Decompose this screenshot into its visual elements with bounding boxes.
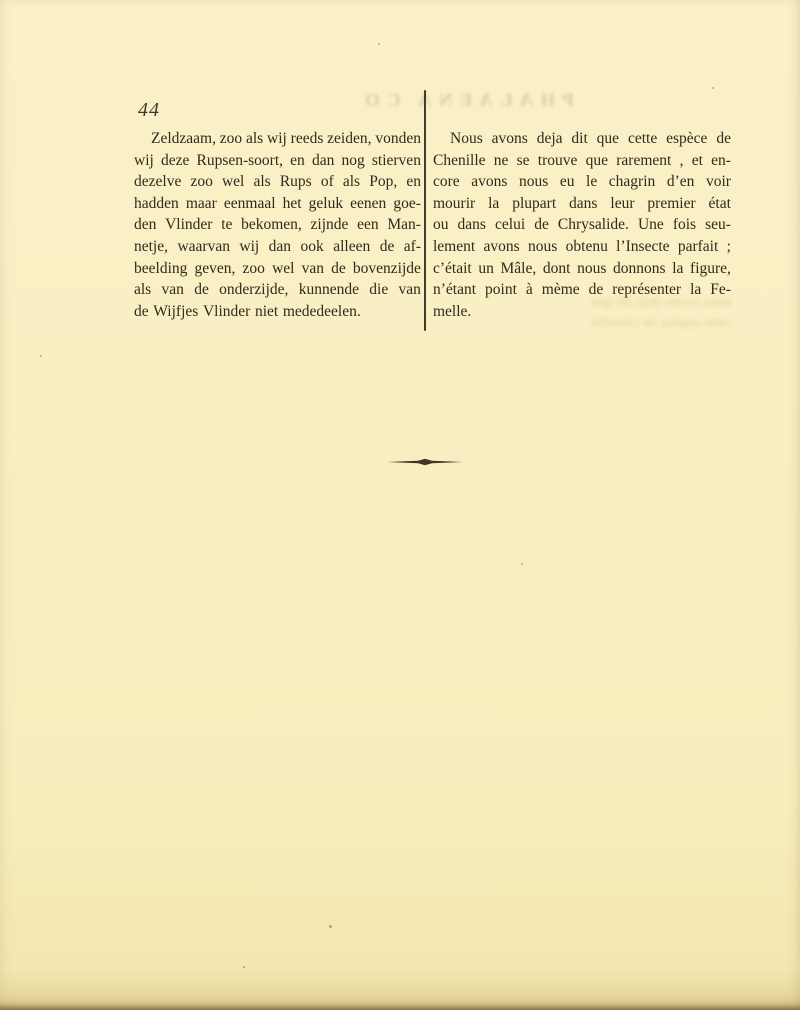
text-line: n’étantpointàmèmedereprésenterlaFe- [433, 279, 731, 301]
show-through-text-top: PHALAENA CO [268, 90, 664, 112]
text-line: alsvandeonderzijde,kunnendedievan [134, 279, 421, 301]
page-bottom-edge [0, 1001, 800, 1010]
text-line: Nousavonsdejaditquecetteespècede [433, 128, 731, 150]
paper-speck [40, 355, 42, 357]
french-text-column: Nousavonsdejaditquecetteespècede Chenill… [433, 128, 731, 322]
text-line: c’étaitunMâle,dontnousdonnonslafigure, [433, 258, 731, 280]
text-line: oudansceluideChrysalide.Unefoisseu- [433, 214, 731, 236]
paper-speck [329, 925, 332, 928]
paper-speck [243, 966, 245, 968]
text-line: beeldinggeven,zoowelvandebovenzijde [134, 258, 421, 280]
text-line: wijdezeRupsen-soort,endannogstierven [134, 150, 421, 172]
column-divider-rule [424, 90, 426, 331]
book-page: PHALAENA CO 44 Zeldzaam,zooalswijreedsze… [0, 0, 800, 1010]
text-line: haddenmaareenmaalhetgelukeenengoe- [134, 193, 421, 215]
text-line: mourirlaplupartdansleurpremierétat [433, 193, 731, 215]
text-line: denVlindertebekomen,zijndeeenMan- [134, 214, 421, 236]
dutch-text-column: Zeldzaam,zooalswijreedszeiden,vonden wij… [134, 128, 421, 322]
text-line: coreavonsnouseulechagrind’envoir [433, 171, 731, 193]
text-line: dezelvezoowelalsRupsofalsPop,en [134, 171, 421, 193]
text-line: melle. [433, 301, 731, 323]
page-number: 44 [138, 99, 160, 122]
text-line: Zeldzaam,zooalswijreedszeiden,vonden [134, 128, 421, 150]
text-line: Chenillenesetrouvequerarement,eten- [433, 150, 731, 172]
text-line: lementavonsnousobtenul’Insecteparfait; [433, 236, 731, 258]
paper-speck [521, 563, 523, 565]
paper-speck [712, 87, 714, 89]
text-line: netje,waarvanwijdanookalleendeaf- [134, 236, 421, 258]
paper-speck [378, 43, 380, 45]
text-line: deWijfjesVlindernietmededeelen. [134, 301, 421, 323]
section-divider-ornament [387, 456, 463, 468]
